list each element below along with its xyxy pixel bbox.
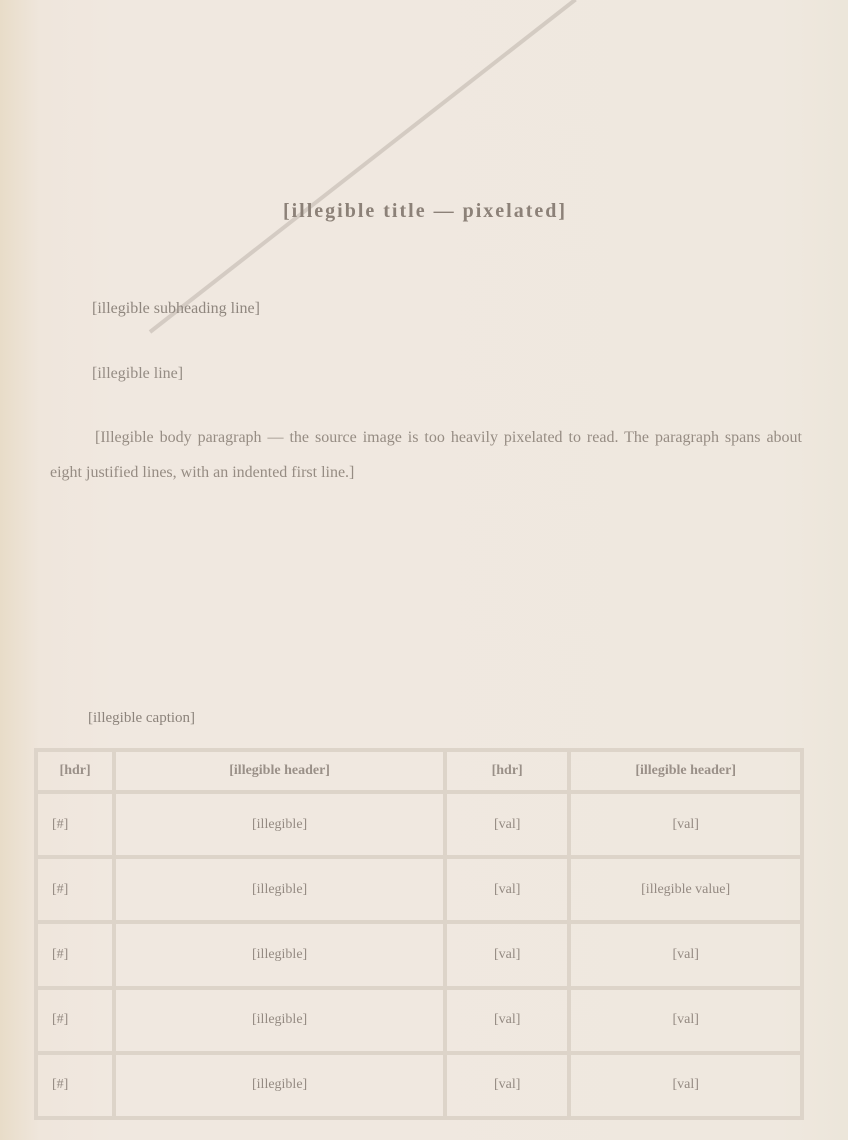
table-cell: [illegible]	[114, 857, 445, 922]
table-cell: [#]	[36, 922, 114, 987]
table-cell: [val]	[445, 857, 569, 922]
table-cell: [illegible]	[114, 922, 445, 987]
diagonal-stamp-mark	[149, 0, 577, 334]
table-cell: [val]	[569, 792, 802, 857]
table-cell: [#]	[36, 857, 114, 922]
table-row: [#][illegible][val][illegible value]	[36, 857, 802, 922]
table-cell: [illegible]	[114, 792, 445, 857]
table-cell: [val]	[445, 1053, 569, 1118]
data-table: [hdr] [illegible header] [hdr] [illegibl…	[34, 748, 804, 1120]
subheading-2: [illegible line]	[92, 365, 183, 383]
table-header-cell: [hdr]	[445, 750, 569, 792]
table-header-cell: [illegible header]	[114, 750, 445, 792]
table-cell: [val]	[445, 922, 569, 987]
table-cell: [#]	[36, 1053, 114, 1118]
table-cell: [val]	[445, 988, 569, 1053]
table-row: [#][illegible][val][val]	[36, 988, 802, 1053]
table-cell: [#]	[36, 988, 114, 1053]
table-row: [#][illegible][val][val]	[36, 792, 802, 857]
table-header-row: [hdr] [illegible header] [hdr] [illegibl…	[36, 750, 802, 792]
body-paragraph: [Illegible body paragraph — the source i…	[50, 420, 802, 490]
subheading-1: [illegible subheading line]	[92, 300, 260, 318]
table-cell: [illegible]	[114, 1053, 445, 1118]
table-caption: [illegible caption]	[88, 710, 195, 727]
document-page: [illegible title — pixelated] [illegible…	[0, 0, 848, 1140]
document-title: [illegible title — pixelated]	[130, 200, 720, 223]
table-row: [#][illegible][val][val]	[36, 922, 802, 987]
table-cell: [val]	[569, 922, 802, 987]
table-row: [#][illegible][val][val]	[36, 1053, 802, 1118]
table-header-cell: [hdr]	[36, 750, 114, 792]
table-cell: [#]	[36, 792, 114, 857]
table-cell: [val]	[569, 988, 802, 1053]
table-cell: [illegible value]	[569, 857, 802, 922]
table-cell: [illegible]	[114, 988, 445, 1053]
table-header-cell: [illegible header]	[569, 750, 802, 792]
table-cell: [val]	[445, 792, 569, 857]
table-cell: [val]	[569, 1053, 802, 1118]
